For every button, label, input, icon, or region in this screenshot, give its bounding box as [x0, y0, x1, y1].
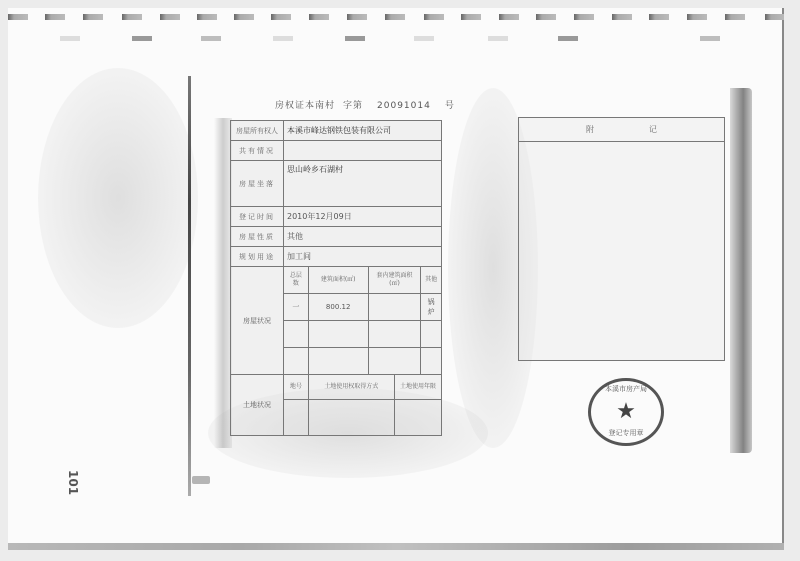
column-header: 建筑面积(㎡)	[308, 267, 368, 294]
page-edge	[782, 8, 784, 550]
owner-label: 房屋所有权人	[231, 121, 284, 141]
area-cell	[308, 348, 368, 375]
title-text: 房权证本南村	[275, 101, 335, 111]
land-term-cell	[394, 400, 441, 436]
location-value: 思山岭乡石湖村	[284, 161, 442, 207]
inner-area-cell	[368, 348, 421, 375]
other-cell	[421, 321, 442, 348]
planned-use-label: 规划用途	[231, 247, 284, 267]
floors-cell	[284, 348, 309, 375]
inner-area-cell	[368, 294, 421, 321]
lot-number-cell	[284, 400, 309, 436]
certificate-number: 20091014	[377, 101, 431, 111]
table-row: 房屋坐落 思山岭乡石湖村	[231, 161, 442, 207]
table-row: 登记时间 2010年12月09日	[231, 207, 442, 227]
table-row: 规划用途 加工间	[231, 247, 442, 267]
house-status-side-label: 房屋状况	[231, 267, 284, 375]
table-row: 共有情况	[231, 141, 442, 161]
other-cell: 锅炉	[421, 294, 442, 321]
binding-holes	[8, 14, 784, 26]
column-header: 土地使用权取得方式	[308, 375, 394, 400]
acquisition-method-cell	[308, 400, 394, 436]
registration-date-label: 登记时间	[231, 207, 284, 227]
registration-table: 房屋所有权人 本溪市峰达钢铁包装有限公司 共有情况 房屋坐落 思山岭乡石湖村 登…	[230, 120, 442, 436]
seal-bottom-text: 登记专用章	[591, 428, 661, 438]
owner-value: 本溪市峰达钢铁包装有限公司	[284, 121, 442, 141]
column-header: 土地使用年限	[394, 375, 441, 400]
planned-use-value: 加工间	[284, 247, 442, 267]
column-header: 套内建筑面积(㎡)	[368, 267, 421, 294]
binding-shadow	[188, 76, 191, 496]
floors-cell	[284, 321, 309, 348]
scan-artifact	[192, 476, 210, 484]
table-row: 房屋性质 其他	[231, 227, 442, 247]
table-row: 房屋所有权人 本溪市峰达钢铁包装有限公司	[231, 121, 442, 141]
co-ownership-value	[284, 141, 442, 161]
land-status-side-label: 土地状况	[231, 375, 284, 436]
seal-top-text: 本溪市房产局	[591, 384, 661, 394]
attachment-box: 附 记	[518, 117, 725, 361]
official-seal: 本溪市房产局 ★ 登记专用章	[588, 378, 664, 446]
zi-text: 字第	[343, 101, 363, 111]
attachment-header-right: 记	[649, 124, 657, 135]
house-status-header-row: 房屋状况 总层数 建筑面积(㎡) 套内建筑面积(㎡) 其他	[231, 267, 442, 294]
location-label: 房屋坐落	[231, 161, 284, 207]
land-status-header-row: 土地状况 地号 土地使用权取得方式 土地使用年限	[231, 375, 442, 400]
co-ownership-label: 共有情况	[231, 141, 284, 161]
property-nature-value: 其他	[284, 227, 442, 247]
star-icon: ★	[616, 401, 636, 423]
column-header: 总层数	[284, 267, 309, 294]
hao-text: 号	[445, 101, 455, 111]
attachment-header: 附 记	[519, 118, 724, 142]
registration-date-value: 2010年12月09日	[284, 207, 442, 227]
column-header: 地号	[284, 375, 309, 400]
edge-shadow	[730, 88, 752, 453]
page-number: 101	[66, 470, 80, 495]
certificate-title: 房权证本南村字第20091014号	[275, 98, 455, 111]
property-nature-label: 房屋性质	[231, 227, 284, 247]
area-cell: 800.12	[308, 294, 368, 321]
floors-cell: 一	[284, 294, 309, 321]
inner-area-cell	[368, 321, 421, 348]
area-cell	[308, 321, 368, 348]
column-header: 其他	[421, 267, 442, 294]
other-cell	[421, 348, 442, 375]
attachment-header-left: 附	[586, 124, 594, 135]
